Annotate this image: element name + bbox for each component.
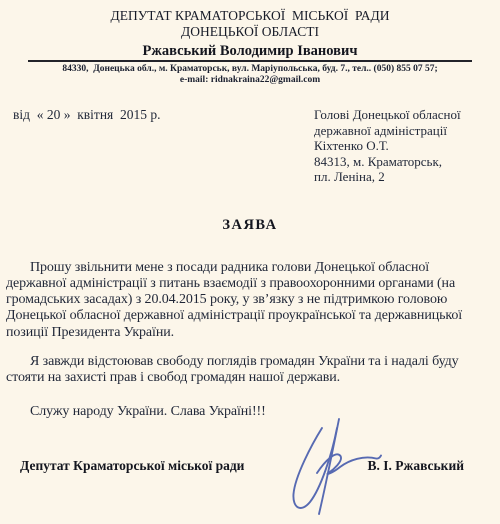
- signee-name: В. І. Ржавський: [368, 457, 464, 474]
- address-line: 84330, Донецька обл., м. Краматорськ, ву…: [0, 64, 500, 75]
- letterhead-rule: [28, 60, 472, 62]
- email-line: e-mail: ridnakraina22@gmail.com: [0, 75, 500, 86]
- position-title: Депутат Краматорської міської ради: [20, 457, 244, 474]
- letterhead: ДЕПУТАТ КРАМАТОРСЬКОЇ МІСЬКОЇ РАДИ ДОНЕЦ…: [0, 0, 500, 85]
- recipient-line: державної адміністрації: [314, 123, 486, 139]
- recipient-line: Кіхтенко О.Т.: [314, 138, 486, 154]
- person-name: Ржавський Володимир Іванович: [0, 43, 500, 59]
- signoff-row: Депутат Краматорської міської ради В. І.…: [0, 457, 500, 474]
- scanned-letter-page: ДЕПУТАТ КРАМАТОРСЬКОЇ МІСЬКОЇ РАДИ ДОНЕЦ…: [0, 0, 500, 524]
- reference-row: від « 20 » квітня 2015 р. Голові Донецьк…: [0, 107, 500, 185]
- org-name-line2: ДОНЕЦЬКОЇ ОБЛАСТІ: [0, 24, 500, 40]
- body-paragraph-2: Я завжди відстоював свободу поглядів гро…: [6, 354, 478, 387]
- statement-body: Прошу звільнити мене з посади радника го…: [0, 260, 500, 420]
- body-paragraph-1: Прошу звільнити мене з посади радника го…: [6, 260, 478, 341]
- recipient-block: Голові Донецької обласної державної адмі…: [314, 107, 486, 185]
- statement-title: ЗАЯВА: [0, 217, 500, 234]
- org-name-line1: ДЕПУТАТ КРАМАТОРСЬКОЇ МІСЬКОЇ РАДИ: [0, 8, 500, 24]
- recipient-line: Голові Донецької обласної: [314, 107, 486, 123]
- date-line: від « 20 » квітня 2015 р.: [13, 107, 161, 185]
- recipient-line: 84313, м. Краматорськ,: [314, 154, 486, 170]
- recipient-line: пл. Леніна, 2: [314, 169, 486, 185]
- body-paragraph-3: Служу народу України. Слава Україні!!!: [6, 404, 478, 420]
